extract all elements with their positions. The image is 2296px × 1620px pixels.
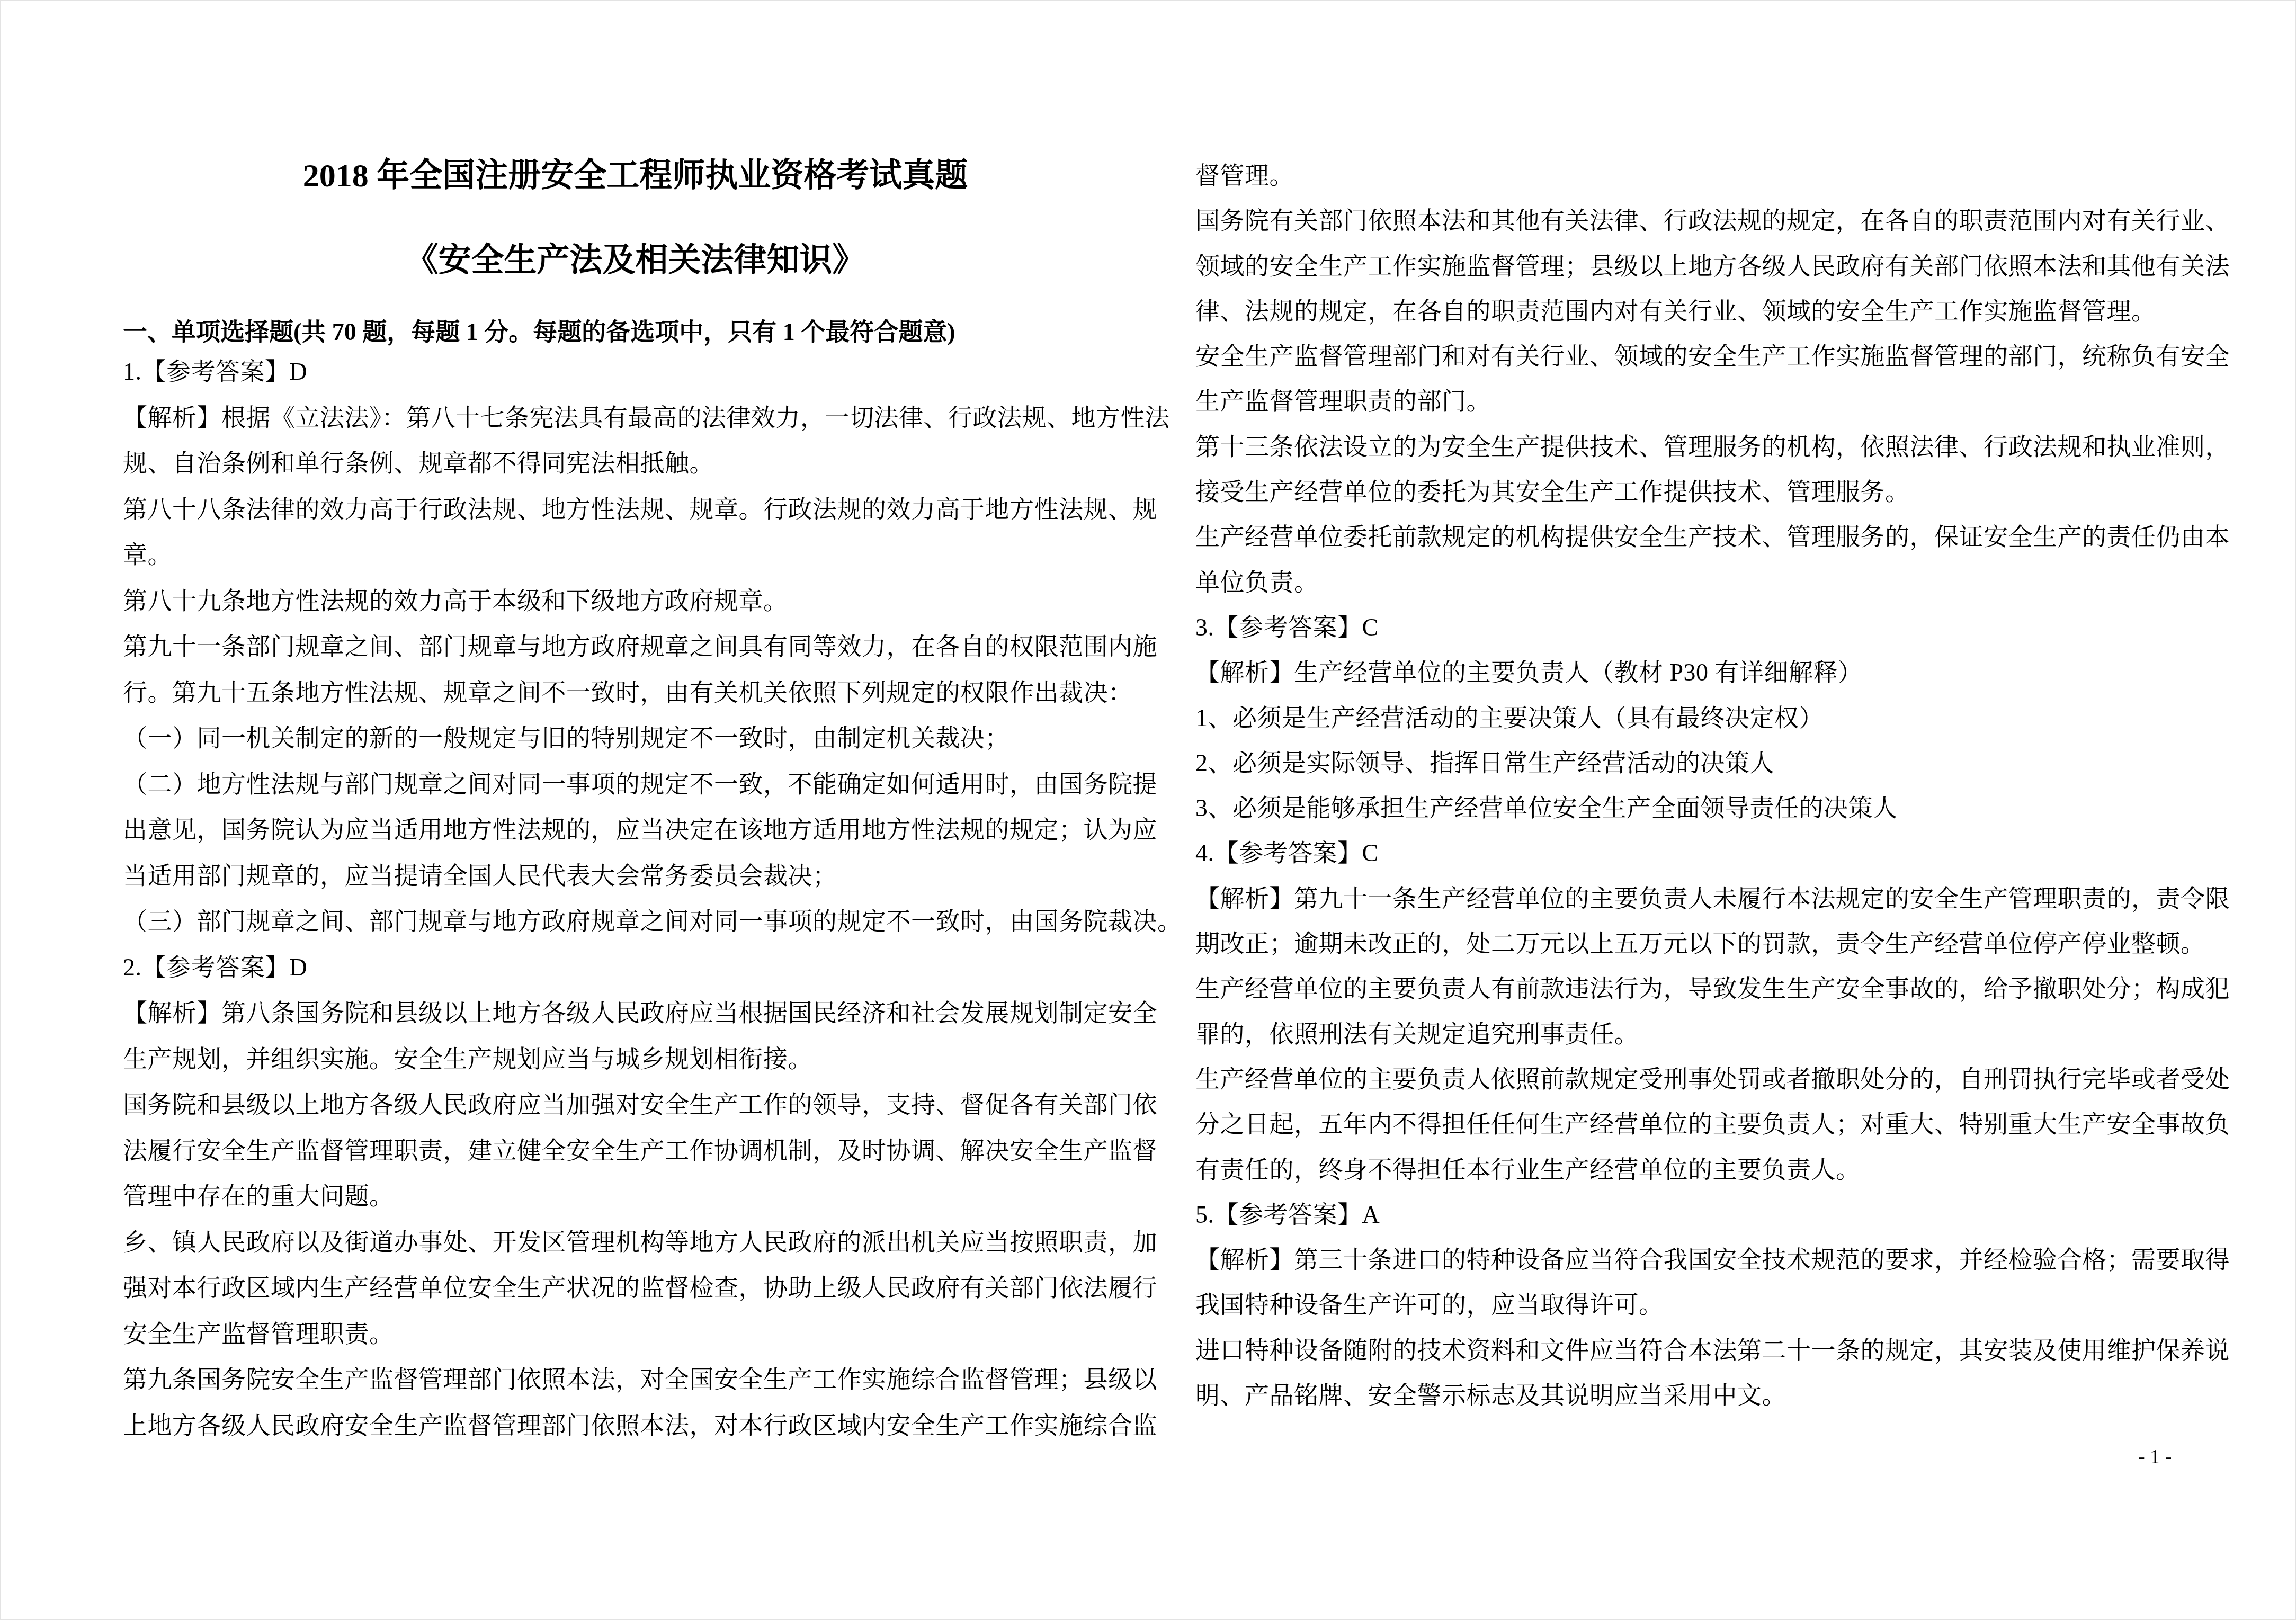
text-line: 单位负责。 bbox=[1195, 560, 2210, 605]
left-column: 1.【参考答案】D【解析】根据《立法法》：第八十七条宪法具有最高的法律效力，一切… bbox=[123, 349, 1150, 1448]
text-line: 生产经营单位的主要负责人依照前款规定受刑事处罚或者撤职处分的，自刑罚执行完毕或者… bbox=[1195, 1057, 2210, 1102]
text-line: （二）地方性法规与部门规章之间对同一事项的规定不一致，不能确定如何适用时，由国务… bbox=[123, 762, 1150, 808]
text-line: 进口特种设备随附的技术资料和文件应当符合本法第二十一条的规定，其安装及使用维护保… bbox=[1195, 1328, 2210, 1373]
text-line: 领域的安全生产工作实施监督管理；县级以上地方各级人民政府有关部门依照本法和其他有… bbox=[1195, 244, 2210, 289]
text-line: 生产经营单位的主要负责人有前款违法行为，导致发生生产安全事故的，给予撤职处分；构… bbox=[1195, 966, 2210, 1011]
text-line: 接受生产经营单位的委托为其安全生产工作提供技术、管理服务。 bbox=[1195, 469, 2210, 514]
text-line: 【解析】第八条国务院和县级以上地方各级人民政府应当根据国民经济和社会发展规划制定… bbox=[123, 990, 1150, 1036]
text-line: 督管理。 bbox=[1195, 153, 2210, 198]
text-line: 明、产品铭牌、安全警示标志及其说明应当采用中文。 bbox=[1195, 1373, 2210, 1418]
text-line: 2.【参考答案】D bbox=[123, 945, 1150, 991]
text-line: 行。第九十五条地方性法规、规章之间不一致时，由有关机关依照下列规定的权限作出裁决… bbox=[123, 670, 1150, 716]
text-line: 3、必须是能够承担生产经营单位安全生产全面领导责任的决策人 bbox=[1195, 785, 2210, 830]
text-line: 【解析】第三十条进口的特种设备应当符合我国安全技术规范的要求，并经检验合格；需要… bbox=[1195, 1237, 2210, 1282]
text-line: 罪的，依照刑法有关规定追究刑事责任。 bbox=[1195, 1012, 2210, 1057]
text-line: 第九十一条部门规章之间、部门规章与地方政府规章之间具有同等效力，在各自的权限范围… bbox=[123, 624, 1150, 670]
text-line: 上地方各级人民政府安全生产监督管理部门依照本法，对本行政区域内安全生产工作实施综… bbox=[123, 1403, 1150, 1449]
text-line: 1、必须是生产经营活动的主要决策人（具有最终决定权） bbox=[1195, 695, 2210, 740]
text-line: 乡、镇人民政府以及街道办事处、开发区管理机构等地方人民政府的派出机关应当按照职责… bbox=[123, 1220, 1150, 1266]
text-line: 章。 bbox=[123, 532, 1150, 578]
text-line: 生产监督管理职责的部门。 bbox=[1195, 379, 2210, 424]
text-line: 国务院有关部门依照本法和其他有关法律、行政法规的规定，在各自的职责范围内对有关行… bbox=[1195, 198, 2210, 243]
text-line: 5.【参考答案】A bbox=[1195, 1192, 2210, 1237]
text-line: 第九条国务院安全生产监督管理部门依照本法，对全国安全生产工作实施综合监督管理；县… bbox=[123, 1357, 1150, 1403]
text-line: 2、必须是实际领导、指挥日常生产经营活动的决策人 bbox=[1195, 740, 2210, 785]
text-line: 法履行安全生产监督管理职责，建立健全安全生产工作协调机制，及时协调、解决安全生产… bbox=[123, 1128, 1150, 1174]
text-line: 我国特种设备生产许可的，应当取得许可。 bbox=[1195, 1282, 2210, 1327]
document-page: 2018 年全国注册安全工程师执业资格考试真题 《安全生产法及相关法律知识》 一… bbox=[0, 0, 2296, 1620]
text-line: 强对本行政区域内生产经营单位安全生产状况的监督检查，协助上级人民政府有关部门依法… bbox=[123, 1265, 1150, 1311]
text-line: 安全生产监督管理职责。 bbox=[123, 1311, 1150, 1357]
text-line: （一）同一机关制定的新的一般规定与旧的特别规定不一致时，由制定机关裁决； bbox=[123, 715, 1150, 762]
text-line: 出意见，国务院认为应当适用地方性法规的，应当决定在该地方适用地方性法规的规定；认… bbox=[123, 807, 1150, 853]
text-line: 期改正；逾期未改正的，处二万元以上五万元以下的罚款，责令生产经营单位停产停业整顿… bbox=[1195, 921, 2210, 966]
text-line: 4.【参考答案】C bbox=[1195, 830, 2210, 875]
text-line: 管理中存在的重大问题。 bbox=[123, 1174, 1150, 1220]
text-line: 有责任的，终身不得担任本行业生产经营单位的主要负责人。 bbox=[1195, 1147, 2210, 1192]
text-line: 分之日起，五年内不得担任任何生产经营单位的主要负责人；对重大、特别重大生产安全事… bbox=[1195, 1102, 2210, 1147]
text-line: 规、自治条例和单行条例、规章都不得同宪法相抵触。 bbox=[123, 441, 1150, 487]
text-line: 【解析】生产经营单位的主要负责人（教材 P30 有详细解释） bbox=[1195, 650, 2210, 695]
text-line: 第八十九条地方性法规的效力高于本级和下级地方政府规章。 bbox=[123, 578, 1150, 624]
text-line: 国务院和县级以上地方各级人民政府应当加强对安全生产工作的领导，支持、督促各有关部… bbox=[123, 1082, 1150, 1128]
text-line: 【解析】第九十一条生产经营单位的主要负责人未履行本法规定的安全生产管理职责的，责… bbox=[1195, 876, 2210, 921]
text-line: 律、法规的规定，在各自的职责范围内对有关行业、领域的安全生产工作实施监督管理。 bbox=[1195, 289, 2210, 334]
text-line: 当适用部门规章的，应当提请全国人民代表大会常务委员会裁决； bbox=[123, 853, 1150, 899]
text-line: 生产规划，并组织实施。安全生产规划应当与城乡规划相衔接。 bbox=[123, 1036, 1150, 1082]
text-line: 【解析】根据《立法法》：第八十七条宪法具有最高的法律效力，一切法律、行政法规、地… bbox=[123, 395, 1150, 441]
text-line: 第十三条依法设立的为安全生产提供技术、管理服务的机构，依照法律、行政法规和执业准… bbox=[1195, 424, 2210, 469]
text-line: 安全生产监督管理部门和对有关行业、领域的安全生产工作实施监督管理的部门，统称负有… bbox=[1195, 334, 2210, 379]
text-line: 第八十八条法律的效力高于行政法规、地方性法规、规章。行政法规的效力高于地方性法规… bbox=[123, 487, 1150, 533]
text-line: 1.【参考答案】D bbox=[123, 349, 1150, 395]
section-heading: 一、单项选择题(共 70 题，每题 1 分。每题的备选项中，只有 1 个最符合题… bbox=[123, 316, 1148, 348]
document-title: 2018 年全国注册安全工程师执业资格考试真题 bbox=[123, 149, 1148, 202]
document-subtitle: 《安全生产法及相关法律知识》 bbox=[123, 234, 1148, 287]
page-number: - 1 - bbox=[2138, 1444, 2172, 1470]
text-line: 生产经营单位委托前款规定的机构提供安全生产技术、管理服务的，保证安全生产的责任仍… bbox=[1195, 514, 2210, 559]
right-column: 督管理。国务院有关部门依照本法和其他有关法律、行政法规的规定，在各自的职责范围内… bbox=[1195, 153, 2210, 1418]
text-line: （三）部门规章之间、部门规章与地方政府规章之间对同一事项的规定不一致时，由国务院… bbox=[123, 899, 1150, 945]
text-line: 3.【参考答案】C bbox=[1195, 605, 2210, 650]
